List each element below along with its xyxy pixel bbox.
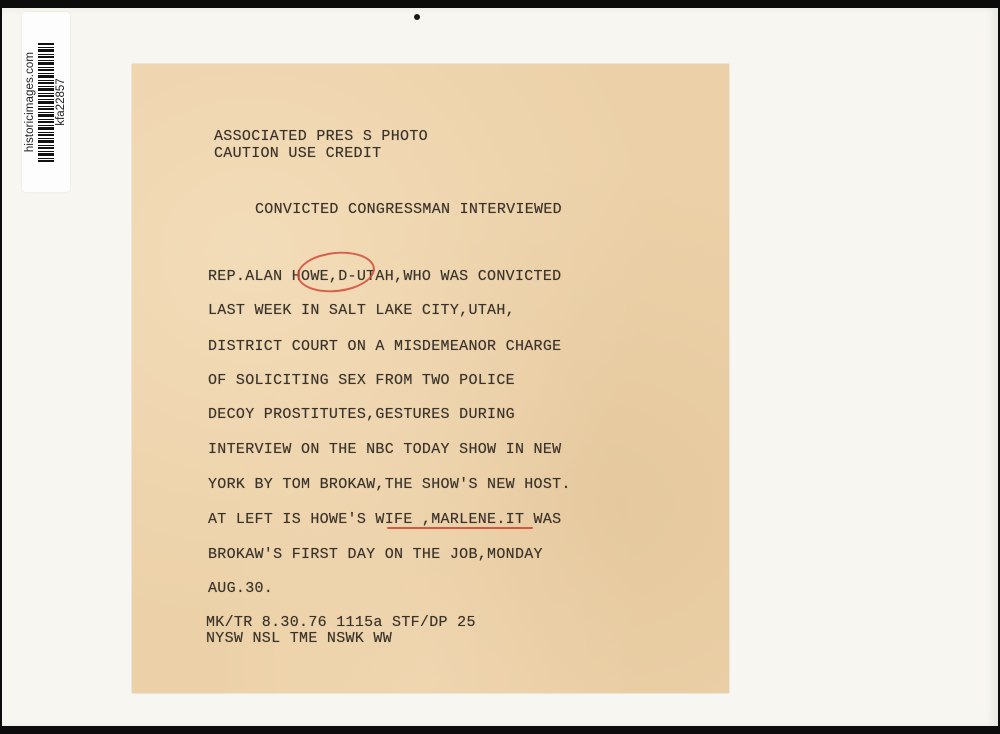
- body-line-8: AT LEFT IS HOWE'S WIFE ,MARLENE.IT WAS: [208, 511, 561, 528]
- footer-line-2: NYSW NSL TME NSWK WW: [206, 630, 392, 647]
- caption-title: CONVICTED CONGRESSMAN INTERVIEWED: [255, 201, 562, 218]
- archive-barcode-label: historicimages.com kfa22857: [22, 12, 70, 192]
- barcode-icon: [38, 42, 54, 162]
- label-code: kfa22857: [55, 78, 68, 125]
- red-underline-annotation: [387, 527, 533, 529]
- footer-line-1: MK/TR 8.30.76 1115a STF/DP 25: [206, 614, 476, 631]
- body-line-2: LAST WEEK IN SALT LAKE CITY,UTAH,: [208, 302, 515, 319]
- header-line-1: ASSOCIATED PRES S PHOTO: [214, 128, 428, 145]
- body-line-6: INTERVIEW ON THE NBC TODAY SHOW IN NEW: [208, 441, 561, 458]
- body-line-5: DECOY PROSTITUTES,GESTURES DURING: [208, 406, 515, 423]
- header-line-2: CAUTION USE CREDIT: [214, 145, 381, 162]
- body-line-9: BROKAW'S FIRST DAY ON THE JOB,MONDAY: [208, 546, 543, 563]
- punch-hole: [414, 14, 420, 20]
- label-site: historicimages.com: [24, 52, 37, 152]
- body-line-10: AUG.30.: [208, 580, 273, 597]
- body-line-4: OF SOLICITING SEX FROM TWO POLICE: [208, 372, 515, 389]
- body-line-3: DISTRICT COURT ON A MISDEMEANOR CHARGE: [208, 338, 561, 355]
- body-line-1: REP.ALAN HOWE,D-UTAH,WHO WAS CONVICTED: [208, 268, 561, 285]
- body-line-7: YORK BY TOM BROKAW,THE SHOW'S NEW HOST.: [208, 476, 571, 493]
